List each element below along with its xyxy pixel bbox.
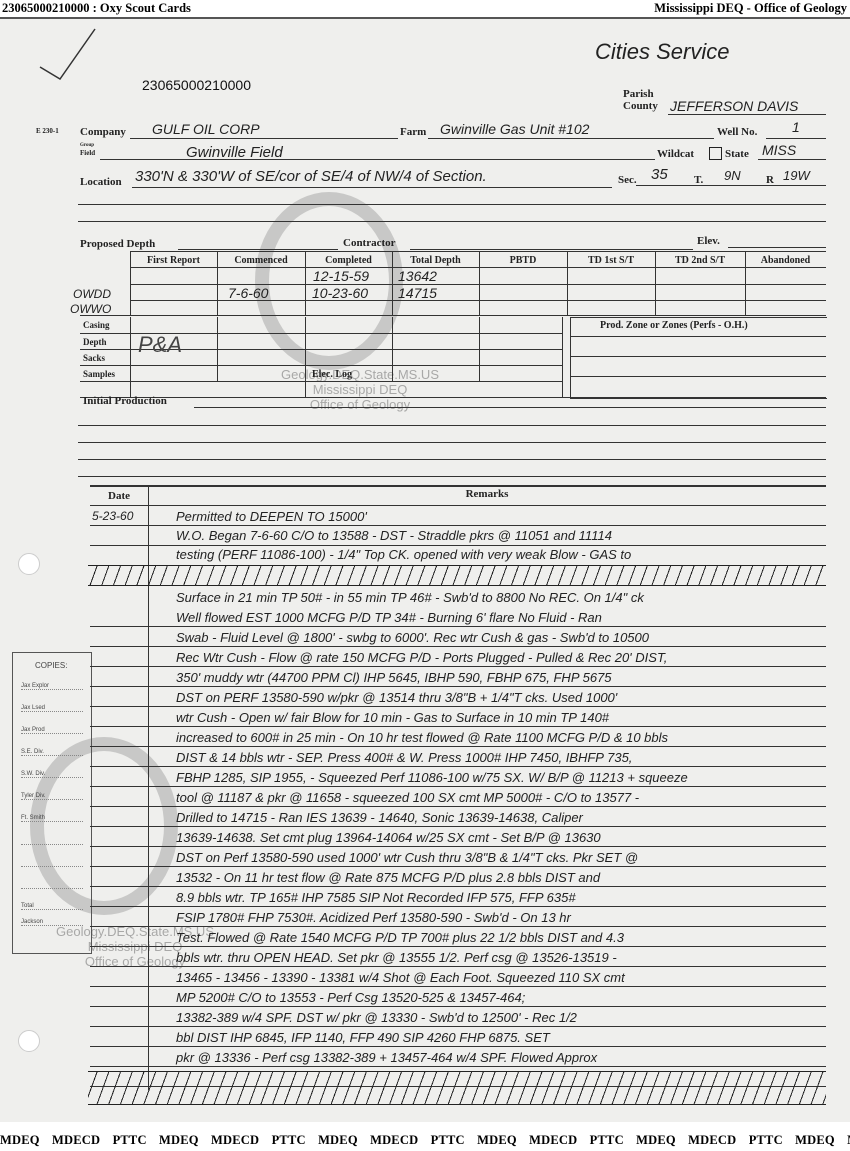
wildcat-label: Wildcat xyxy=(657,148,694,160)
underline xyxy=(178,249,338,250)
check-mark-icon xyxy=(30,27,100,87)
copies-item xyxy=(21,881,83,889)
ruled-line xyxy=(78,221,826,222)
agency-title: Mississippi DEQ - Office of Geology xyxy=(654,1,847,16)
initial-production-label: Initial Production xyxy=(83,395,167,407)
table-line xyxy=(80,381,562,382)
underline xyxy=(100,159,655,160)
copies-item xyxy=(21,859,83,867)
copies-item: Ft. Smith xyxy=(21,815,83,822)
copies-item: S.E. Div. xyxy=(21,749,83,756)
col-abandoned: Abandoned xyxy=(745,255,826,266)
elev-label: Elev. xyxy=(697,235,720,247)
elec-log-label: Elec. Log xyxy=(312,369,352,380)
footer-tag: MDECD xyxy=(370,1133,418,1147)
col-completed: Completed xyxy=(305,255,392,266)
row-label-owwo: OWWO xyxy=(70,302,111,316)
copies-distribution-box: COPIES: Jax Explor Jax Lsed Jax Prod S.E… xyxy=(12,652,92,954)
copies-item: Total xyxy=(21,903,83,910)
state-label: State xyxy=(725,148,749,160)
punch-hole xyxy=(18,553,40,575)
contractor-label: Contractor xyxy=(343,237,396,249)
footer-tag: MDEQ xyxy=(318,1133,358,1147)
hatched-band xyxy=(88,1071,826,1105)
ruled-line xyxy=(90,545,826,546)
form-number: E 230-1 xyxy=(36,127,59,135)
company-label: Company xyxy=(80,126,126,138)
footer-tag: MDECD xyxy=(688,1133,736,1147)
table-line xyxy=(562,317,563,397)
farm-value: Gwinville Gas Unit #102 xyxy=(440,121,589,137)
col-first-report: First Report xyxy=(130,255,217,266)
samples-label: Samples xyxy=(83,369,115,379)
field-label-small: Group xyxy=(80,143,94,148)
watermark-text: Geology.DEQ.State.MS.US Mississippi DEQ … xyxy=(255,367,465,412)
copies-item: Jackson xyxy=(21,919,83,926)
cell-completed-2: 10-23-60 xyxy=(312,285,368,301)
underline xyxy=(766,138,826,139)
table-line xyxy=(217,317,218,381)
ruled-lines xyxy=(90,607,826,1087)
scout-card-scan: Geology.DEQ.State.MS.US Mississippi DEQ … xyxy=(0,17,850,1122)
row-label-owdd: OWDD xyxy=(73,287,111,301)
footer-tag: PTTC xyxy=(431,1133,465,1147)
ruled-line xyxy=(78,459,826,460)
casing-label: Casing xyxy=(83,320,110,330)
remark-line: Permitted to DEEPEN TO 15000' xyxy=(176,509,367,524)
footer-tag: PTTC xyxy=(113,1133,147,1147)
footer-tag: MDEQ xyxy=(0,1133,40,1147)
footer-bar: MDEQ MDECD PTTC MDEQ MDECD PTTC MDEQ MDE… xyxy=(0,1133,850,1151)
remark-line: Surface in 21 min TP 50# - in 55 min TP … xyxy=(176,590,644,605)
copies-item: Tyler Div. xyxy=(21,793,83,800)
remarks-date-header: Date xyxy=(90,490,148,502)
table-line xyxy=(392,317,393,381)
cell-completed-1: 12-15-59 xyxy=(313,268,369,284)
card-edge xyxy=(0,17,850,19)
wildcat-checkbox xyxy=(709,147,722,160)
footer-tag: PTTC xyxy=(590,1133,624,1147)
col-total-depth: Total Depth xyxy=(392,255,479,266)
footer-tag: MDEQ xyxy=(159,1133,199,1147)
underline xyxy=(132,187,612,188)
table-line xyxy=(80,315,826,316)
table-line xyxy=(90,485,826,487)
copies-item: Jax Prod xyxy=(21,727,83,734)
table-line xyxy=(130,317,131,397)
title-bar: 23065000210000 : Oxy Scout Cards Mississ… xyxy=(0,0,850,17)
table-line xyxy=(479,317,480,381)
remark-date: 5-23-60 xyxy=(92,509,133,523)
copies-item: Jax Lsed xyxy=(21,705,83,712)
document-title: 23065000210000 : Oxy Scout Cards xyxy=(2,1,191,16)
ruled-line xyxy=(78,425,826,426)
casing-note: P&A xyxy=(138,332,182,358)
footer-tag: PTTC xyxy=(749,1133,783,1147)
table-line xyxy=(305,317,306,397)
remark-line: W.O. Began 7-6-60 C/O to 13588 - DST - S… xyxy=(176,528,612,543)
api-number: 23065000210000 xyxy=(142,77,251,93)
state-value: MISS xyxy=(762,142,796,158)
table-line xyxy=(570,376,826,377)
footer-tag: PTTC xyxy=(272,1133,306,1147)
cell-commenced-2: 7-6-60 xyxy=(228,285,268,301)
footer-tag: MDEQ xyxy=(636,1133,676,1147)
table-line xyxy=(80,365,562,366)
location-label: Location xyxy=(80,176,122,188)
underline xyxy=(194,407,826,408)
field-label: Field xyxy=(80,149,95,157)
depth-label: Depth xyxy=(83,337,107,347)
annotation-operator: Cities Service xyxy=(595,39,729,65)
ruled-line xyxy=(78,204,826,205)
table-line xyxy=(570,356,826,357)
copies-item: S.W. Div. xyxy=(21,771,83,778)
copies-item xyxy=(21,837,83,845)
company-value: GULF OIL CORP xyxy=(152,121,260,137)
county-label: Parish County xyxy=(623,88,658,112)
remarks-header: Remarks xyxy=(148,488,826,500)
table-line xyxy=(90,505,826,506)
col-commenced: Commenced xyxy=(217,255,305,266)
punch-hole xyxy=(18,1030,40,1052)
underline xyxy=(758,159,826,160)
col-td-2nd: TD 2nd S/T xyxy=(655,255,745,266)
underline xyxy=(410,249,693,250)
col-pbtd: PBTD xyxy=(479,255,567,266)
copies-item: Jax Explor xyxy=(21,683,83,690)
table-line xyxy=(130,251,826,252)
cell-total-depth-1: 13642 xyxy=(398,268,437,284)
ruled-line xyxy=(78,476,826,477)
underline xyxy=(130,138,398,139)
table-line xyxy=(130,267,826,268)
proposed-depth-label: Proposed Depth xyxy=(80,238,155,250)
well-no-label: Well No. xyxy=(717,126,757,138)
township-value: 9N xyxy=(724,168,741,183)
underline xyxy=(636,185,826,186)
hatched-band xyxy=(88,565,826,586)
col-td-1st: TD 1st S/T xyxy=(567,255,655,266)
underline xyxy=(428,138,714,139)
farm-label: Farm xyxy=(400,126,426,138)
cell-total-depth-2: 14715 xyxy=(398,285,437,301)
sec-label: Sec. xyxy=(618,174,637,186)
sec-value: 35 xyxy=(651,166,668,183)
county-value: JEFFERSON DAVIS xyxy=(670,98,798,114)
footer-tag: MDECD xyxy=(529,1133,577,1147)
location-value: 330'N & 330'W of SE/cor of SE/4 of NW/4 … xyxy=(135,168,487,185)
prod-zone-label: Prod. Zone or Zones (Perfs - O.H.) xyxy=(600,320,748,331)
copies-title: COPIES: xyxy=(35,661,67,670)
underline xyxy=(728,247,826,248)
ruled-line xyxy=(90,525,826,526)
well-no-value: 1 xyxy=(792,119,800,135)
sacks-label: Sacks xyxy=(83,353,105,363)
underline xyxy=(668,114,826,115)
footer-tag: MDEQ xyxy=(795,1133,835,1147)
table-line xyxy=(570,336,826,337)
ruled-line xyxy=(78,442,826,443)
footer-tag: MDEQ xyxy=(477,1133,517,1147)
range-value: 19W xyxy=(783,168,810,183)
remark-line: testing (PERF 11086-100) - 1/4" Top CK. … xyxy=(176,547,631,562)
footer-tag: MDECD xyxy=(52,1133,100,1147)
footer-tag: MDECD xyxy=(211,1133,259,1147)
